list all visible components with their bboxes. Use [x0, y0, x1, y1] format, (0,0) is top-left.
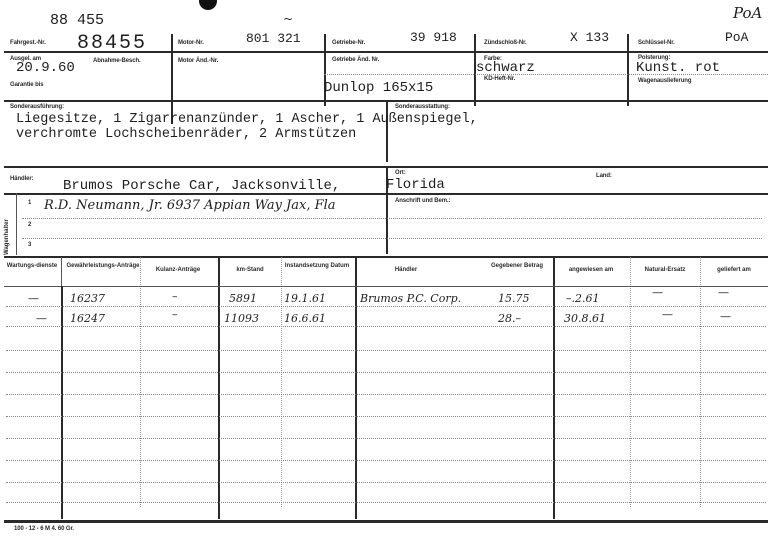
cell-natural: — — [662, 308, 673, 321]
gearbox-number: 39 918 — [410, 30, 457, 45]
col-header-instructed: angewiesen am — [555, 267, 627, 274]
tires-value: Dunlop 165x15 — [324, 80, 433, 96]
cell-goodwill: – — [172, 290, 178, 303]
cell-dealer: Brumos P.C. Corp. — [360, 292, 461, 305]
pen-stroke-mark: ~ — [283, 12, 293, 26]
vehicle-delivery-label: Wagenauslieferung — [638, 78, 691, 84]
divider — [281, 257, 282, 507]
dotted-divider — [6, 416, 766, 417]
key-label: Schlüssel-Nr. — [638, 40, 675, 46]
dotted-divider — [6, 372, 766, 373]
cell-warranty: 16237 — [70, 292, 105, 305]
col-header-amount: Gegebener Betrag — [482, 263, 552, 270]
kd-label: KD-Heft-Nr. — [484, 76, 515, 82]
divider — [553, 257, 555, 519]
dotted-divider — [6, 460, 766, 461]
divider — [630, 257, 631, 507]
dealer-label: Händler: — [10, 176, 34, 182]
gearbox-label: Getriebe-Nr. — [332, 40, 365, 46]
engine-label: Motor-Nr. — [178, 40, 204, 46]
place-value: Florida — [386, 177, 445, 193]
dotted-divider — [22, 238, 762, 239]
divider — [627, 34, 629, 106]
divider — [61, 286, 63, 519]
dotted-divider — [6, 502, 766, 503]
cell-warranty: 16247 — [70, 312, 105, 325]
acceptance-label: Abnahme-Besch. — [93, 58, 141, 64]
address-label: Anschrift und Bem.: — [395, 198, 450, 204]
cell-goodwill: – — [172, 308, 178, 321]
divider — [355, 257, 357, 519]
dotted-divider — [22, 218, 762, 219]
warranty-label: Garantie bis — [10, 82, 43, 88]
dotted-divider — [6, 394, 766, 395]
country-label: Land: — [596, 173, 612, 179]
divider — [386, 100, 388, 162]
ignition-key-number: X 133 — [570, 30, 609, 45]
cell-delivered: — — [720, 310, 731, 323]
row-divider — [4, 193, 768, 195]
cell-repair-date: 19.1.61 — [284, 292, 326, 305]
divider — [700, 257, 701, 507]
row-divider — [4, 256, 768, 258]
divider — [171, 34, 173, 124]
dotted-divider — [6, 326, 766, 327]
owner-row-number: 1 — [28, 200, 31, 206]
col-header-delivered: geliefert am — [701, 267, 767, 274]
place-label: Ort: — [395, 170, 406, 176]
engine-number: 801 321 — [246, 31, 301, 46]
col-header-service: Wartungs-dienste — [6, 263, 58, 270]
divider — [218, 257, 220, 519]
bottom-border — [4, 520, 768, 523]
cell-delivered: — — [718, 286, 729, 299]
dotted-divider — [6, 482, 766, 483]
cell-repair-date: 16.6.61 — [284, 312, 326, 325]
cell-instructed: 30.8.61 — [564, 312, 606, 325]
col-header-warranty: Gewährleistungs-Anträge — [63, 263, 143, 270]
top-handwritten-number: 88 455 — [50, 12, 104, 29]
corner-annotation: PoA — [733, 4, 762, 22]
col-header-dealer: Händler — [356, 267, 456, 274]
chassis-label: Fahrgest.-Nr. — [10, 40, 46, 46]
cell-service: — — [36, 312, 47, 325]
divider — [140, 257, 141, 507]
dotted-divider — [6, 350, 766, 351]
cell-km: 11093 — [224, 312, 259, 325]
cell-natural: — — [652, 286, 663, 299]
special-outfit-label: Sonderausstattung: — [395, 104, 450, 110]
key-number: PoA — [725, 30, 748, 45]
col-header-natural: Natural-Ersatz — [631, 267, 699, 274]
gearbox-change-label: Getriebe Änd. Nr. — [332, 57, 379, 63]
special-equipment-label: Sonderausführung: — [10, 104, 64, 110]
footer-print-code: 100 - 12 - 6 M 4. 60 Gr. — [14, 526, 74, 532]
cell-amount: 28.– — [498, 312, 521, 325]
cell-km: 5891 — [229, 292, 257, 305]
row-divider — [4, 51, 768, 53]
cell-amount: 15.75 — [498, 292, 530, 305]
dotted-divider — [324, 74, 768, 75]
owner-row-number: 2 — [28, 222, 31, 228]
divider — [61, 257, 62, 289]
dotted-divider — [6, 306, 766, 307]
cell-instructed: –.2.61 — [566, 292, 600, 305]
punch-hole-mark — [199, 0, 217, 10]
divider — [16, 193, 17, 255]
owner-row-number: 3 — [28, 242, 31, 248]
col-header-repair-date: Instandsetzung Datum — [282, 263, 352, 270]
dealer-value: Brumos Porsche Car, Jacksonville, — [63, 178, 340, 194]
owner-entry: R.D. Neumann, Jr. 6937 Appian Way Jax, F… — [44, 198, 336, 213]
special-equipment-line2: verchromte Lochscheibenräder, 2 Armstütz… — [16, 127, 356, 142]
delivered-date: 20.9.60 — [16, 60, 75, 76]
owner-side-label: Wagenhalter — [4, 219, 10, 255]
dotted-divider — [6, 438, 766, 439]
cell-service: — — [28, 292, 39, 305]
col-header-goodwill: Kulanz-Anträge — [141, 267, 215, 274]
engine-change-label: Motor Änd.-Nr. — [178, 58, 218, 64]
special-equipment-line1: Liegesitze, 1 Zigarrenanzünder, 1 Ascher… — [16, 112, 478, 127]
col-header-km: km-Stand — [220, 267, 280, 274]
ignition-key-label: Zündschloß-Nr. — [484, 40, 527, 46]
